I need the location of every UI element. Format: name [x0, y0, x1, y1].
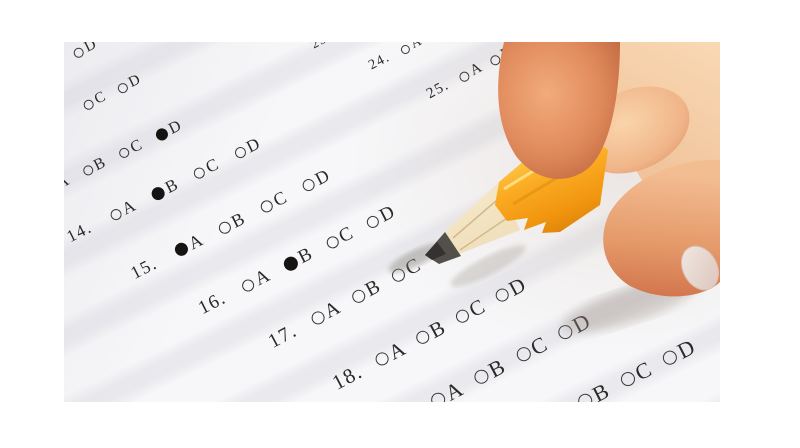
row-number: 24.: [366, 50, 393, 74]
index-finger: [603, 160, 720, 297]
answer-bubble: [309, 309, 327, 327]
answer-bubble: [458, 69, 472, 83]
answer-option-b: B: [348, 275, 385, 309]
answer-option-d: D: [658, 334, 699, 372]
answer-row-11: D: [70, 42, 111, 62]
answer-bubble: [233, 145, 248, 160]
answer-option-c: C: [80, 89, 108, 114]
answer-bubble: [192, 165, 207, 180]
answer-option-d: D: [114, 72, 143, 98]
row-number: 16.: [195, 287, 230, 319]
answer-option-a: A: [238, 265, 274, 298]
option-letter: D: [673, 334, 699, 364]
answer-bubble-filled: [149, 184, 166, 201]
answer-option-a: A: [398, 42, 425, 58]
answer-option-c: C: [322, 223, 357, 255]
option-letter: A: [408, 42, 424, 53]
answer-option-d: D: [153, 117, 185, 145]
answer-option-c: C: [116, 136, 145, 163]
answer-option-a: A: [426, 376, 467, 402]
option-letter: D: [82, 42, 99, 56]
answer-option-b: B: [148, 175, 181, 205]
answer-row-24: 24.AB: [366, 42, 463, 74]
answer-bubble: [72, 46, 85, 59]
answer-bubble: [116, 81, 129, 94]
answer-bubble: [365, 214, 381, 230]
answer-bubble: [661, 348, 680, 367]
hand: [584, 42, 720, 270]
answer-bubble-filled: [154, 126, 170, 142]
option-letter: C: [203, 155, 222, 178]
option-letter: B: [498, 44, 515, 64]
answer-option-c: C: [451, 294, 489, 330]
answer-bubble: [300, 177, 316, 193]
page: DCDABCD14.ABCD15.ABCD16.ABCD17.ABC18.ABC…: [0, 0, 800, 448]
answer-option-a: A: [307, 297, 345, 332]
answer-bubble: [488, 53, 502, 67]
answer-option-b: B: [215, 208, 249, 239]
answer-option-a: A: [456, 60, 485, 86]
answer-row-23: 23.: [308, 42, 344, 52]
answer-option-b: B: [487, 44, 515, 70]
row-number: 14.: [64, 218, 96, 247]
answer-option-d: D: [70, 42, 99, 62]
option-letter: D: [126, 72, 143, 92]
answer-bubble: [399, 43, 411, 55]
answer-option-c: C: [256, 187, 290, 218]
option-letter: C: [128, 136, 145, 157]
answer-bubble: [82, 98, 95, 111]
answer-option-b: B: [280, 244, 316, 277]
answer-row-20: BCD: [573, 327, 713, 402]
answer-option-b: B: [469, 354, 509, 392]
answer-bubble: [240, 277, 256, 293]
option-letter: A: [64, 172, 72, 193]
answer-option-b: B: [79, 154, 108, 181]
answer-option-d: D: [231, 134, 263, 164]
answer-bubble: [108, 207, 123, 222]
answer-bubble-filled: [281, 254, 300, 273]
answer-option-a: A: [370, 336, 409, 373]
answer-bubble: [514, 345, 533, 364]
answer-bubble: [390, 266, 408, 284]
answer-option-c: C: [388, 254, 425, 288]
option-letter: A: [467, 60, 485, 80]
answer-option-c: C: [511, 331, 551, 369]
answer-bubble: [472, 367, 491, 386]
pencil-facet-shade: [513, 152, 600, 204]
answer-option-a: A: [171, 230, 206, 262]
option-letter: B: [91, 154, 108, 175]
fingernail: [674, 240, 720, 297]
row-number: 17.: [265, 319, 302, 353]
option-letter: C: [92, 89, 108, 109]
answer-bubble: [324, 234, 340, 250]
answer-option-b: B: [427, 42, 453, 43]
wood-grain-line: [453, 194, 516, 250]
option-letter: A: [251, 265, 273, 291]
answer-option-b: B: [411, 315, 449, 351]
row-number: 15.: [127, 253, 161, 284]
answer-bubble: [493, 286, 511, 304]
answer-row-15: 15.ABCD: [127, 156, 350, 284]
answer-option-d: D: [363, 202, 399, 235]
answer-option-d: D: [553, 308, 594, 346]
answer-row-25: 25.AB: [424, 42, 525, 103]
answer-bubble: [414, 329, 432, 347]
answer-bubble: [217, 219, 233, 235]
row-number: 18.: [328, 359, 367, 396]
answer-option-a: A: [106, 196, 138, 226]
answer-option-c: C: [190, 155, 222, 184]
answer-option-d: D: [491, 272, 530, 309]
row-number: 25.: [424, 77, 453, 103]
answer-option-d: D: [298, 165, 332, 196]
row-number: 23.: [308, 42, 334, 52]
answer-bubble: [556, 323, 575, 342]
answer-bubble-filled: [173, 241, 190, 258]
answer-row-12: CD: [80, 65, 157, 114]
thumb: [498, 42, 620, 179]
answer-option-a: A: [64, 172, 72, 199]
pencil-body: [495, 122, 608, 233]
answer-bubble: [350, 288, 368, 306]
pencil-facet-highlight: [504, 135, 592, 189]
answer-bubble: [618, 370, 637, 389]
pencil-wood: [439, 182, 520, 262]
answer-bubble: [118, 146, 131, 159]
option-letter: D: [376, 202, 398, 228]
index-finger-knuckle: [565, 70, 704, 190]
answer-option-b: B: [573, 378, 613, 402]
option-letter: D: [166, 117, 184, 138]
answer-bubble: [373, 350, 391, 368]
answer-bubble: [81, 164, 94, 177]
answer-row-14: 14.ABCD: [64, 125, 281, 247]
answer-bubble: [454, 307, 472, 325]
answer-option-c: C: [616, 356, 656, 394]
answer-sheet-photo: DCDABCD14.ABCD15.ABCD16.ABCD17.ABC18.ABC…: [64, 42, 720, 402]
answer-bubble: [258, 198, 274, 214]
option-letter: A: [185, 230, 206, 255]
